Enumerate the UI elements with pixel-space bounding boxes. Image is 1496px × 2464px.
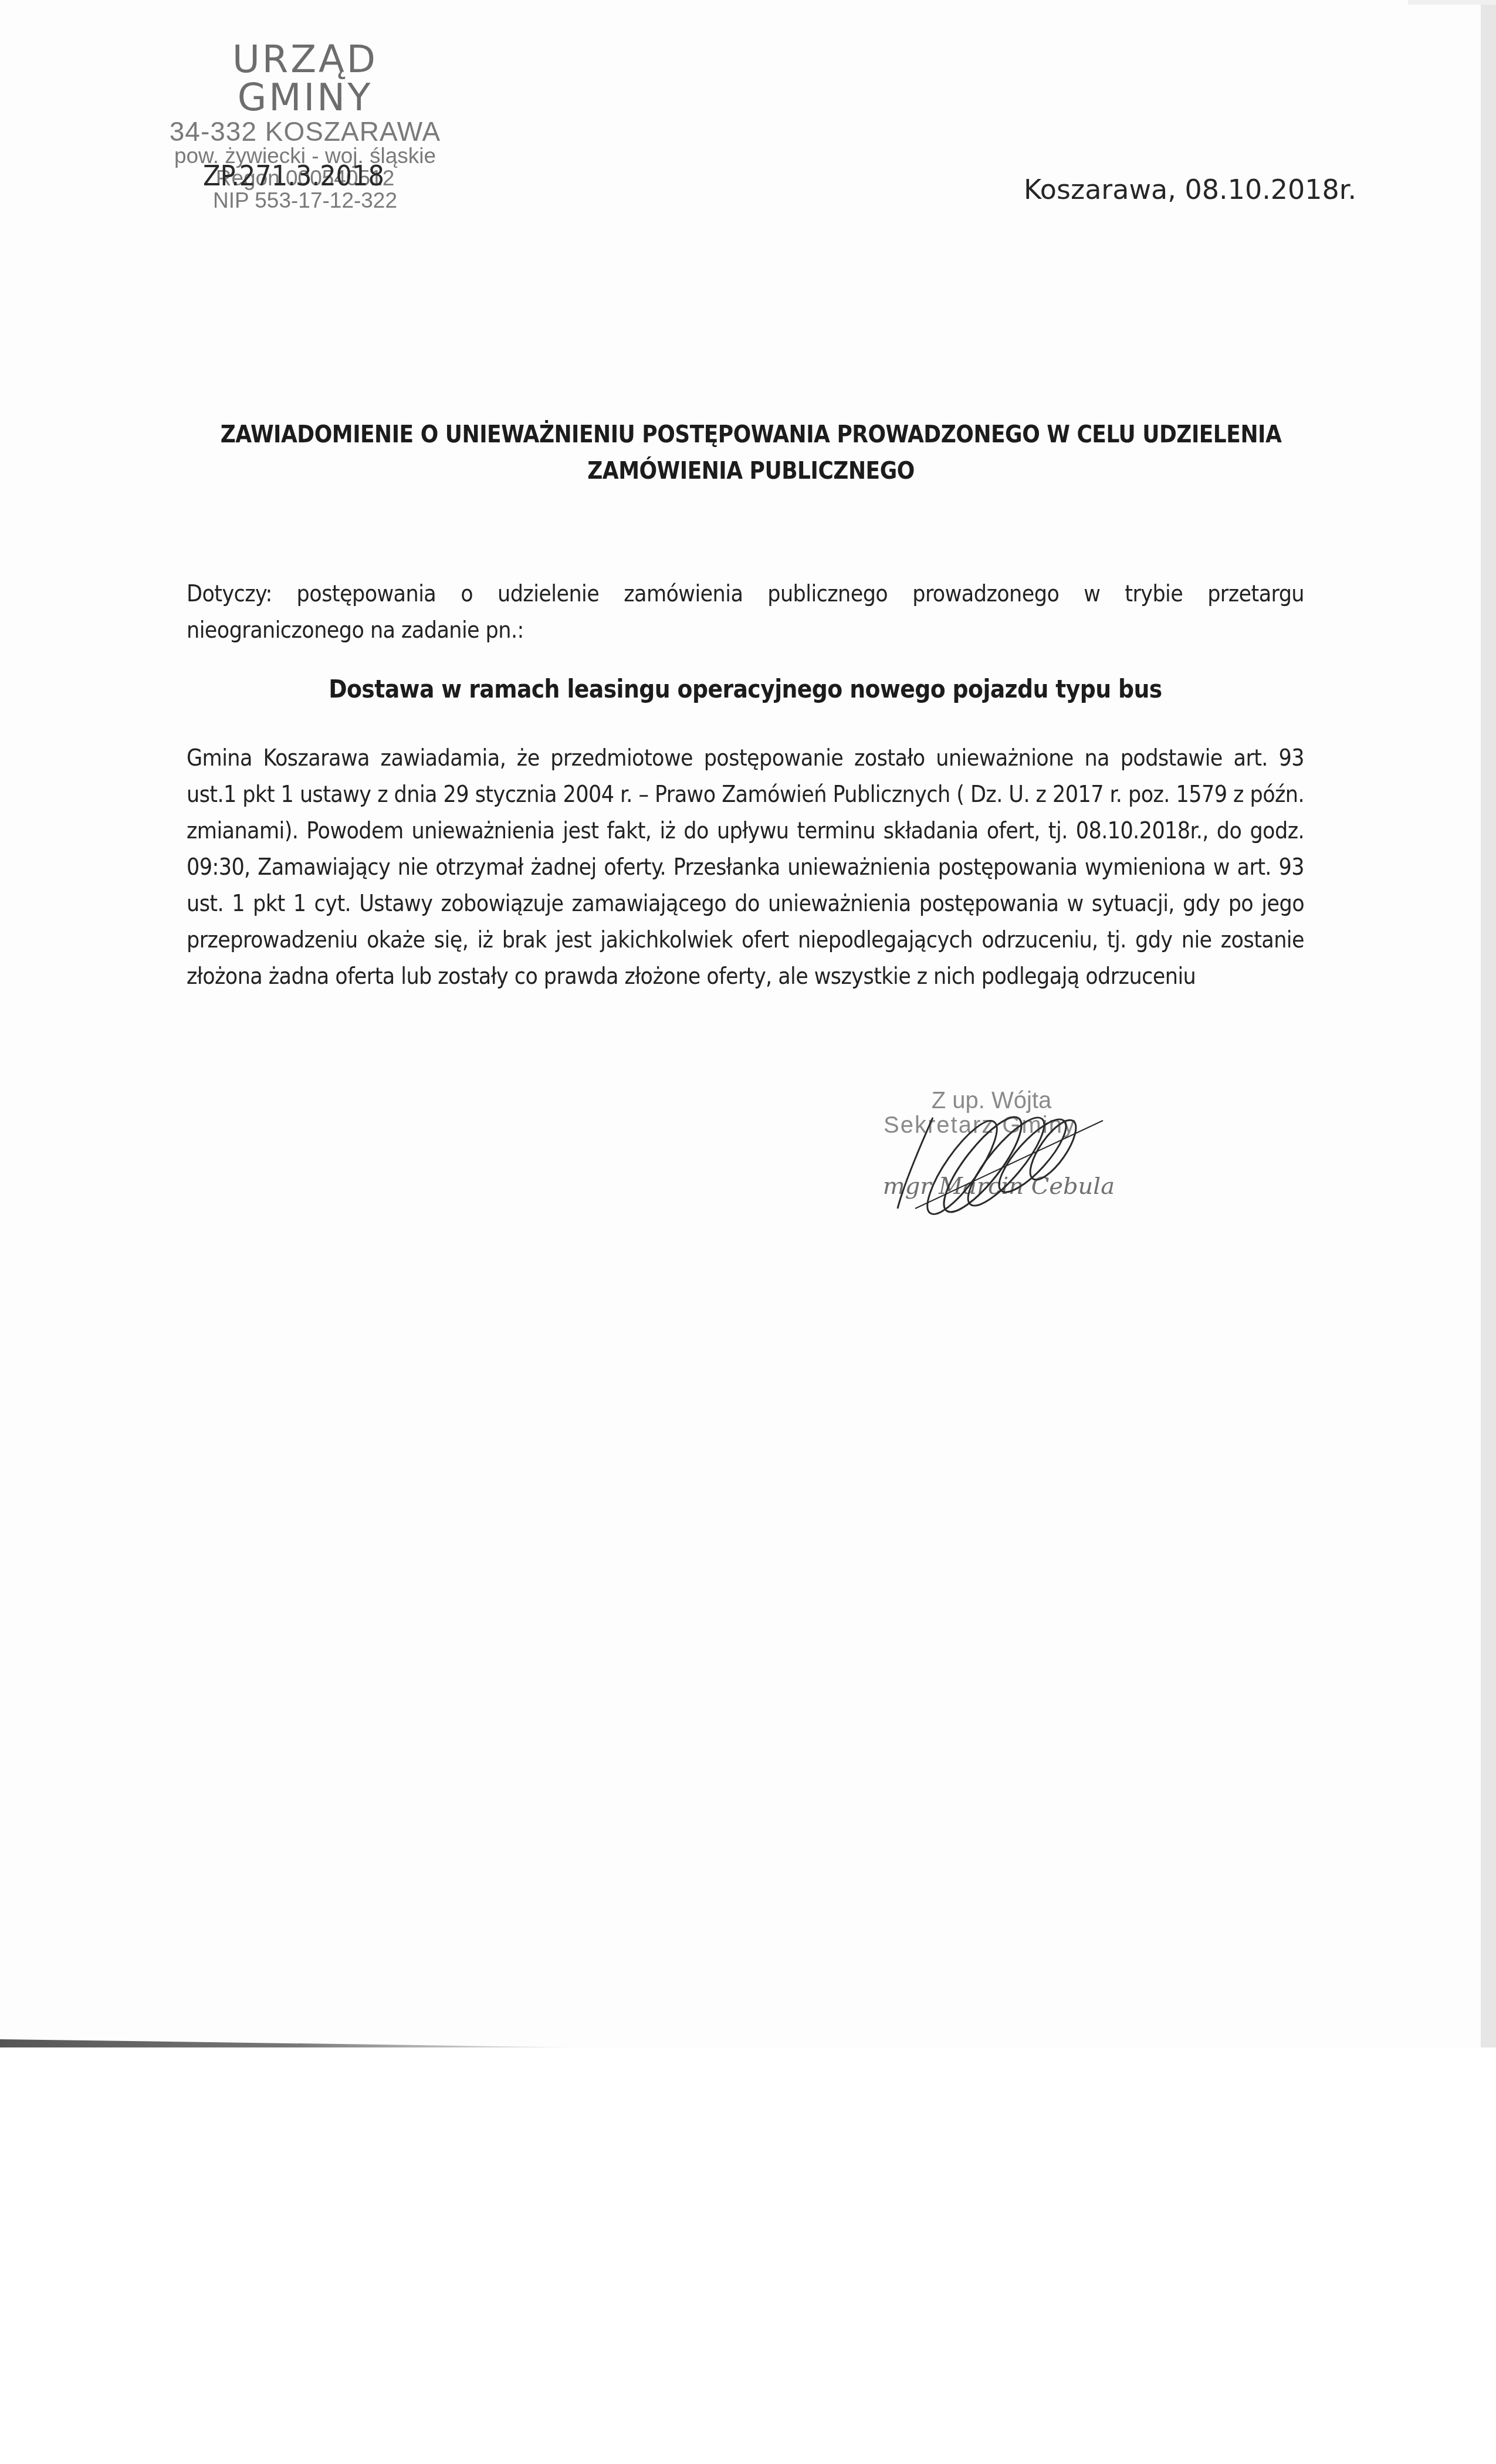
document-title: ZAWIADOMIENIE O UNIEWAŻNIENIU POSTĘPOWAN…: [194, 417, 1308, 489]
reference-number: ZP.271.3.2018: [203, 160, 384, 192]
scan-edge-right: [1481, 5, 1496, 2047]
concerns-paragraph: Dotyczy: postępowania o udzielenie zamów…: [187, 576, 1304, 649]
scan-edge-top: [1408, 0, 1496, 5]
stamp-office: URZĄD GMINY: [158, 41, 452, 118]
scanned-page: [0, 0, 1496, 2047]
procurement-subject: Dostawa w ramach leasingu operacyjnego n…: [187, 675, 1304, 703]
place-date: Koszarawa, 08.10.2018r.: [1024, 174, 1356, 205]
stamp-address: 34-332 KOSZARAWA: [158, 118, 452, 145]
handwritten-signature-icon: [880, 1091, 1126, 1226]
stamp-nip: NIP 553-17-12-322: [158, 189, 452, 212]
body-paragraph: Gmina Koszarawa zawiadamia, że przedmiot…: [187, 740, 1304, 995]
